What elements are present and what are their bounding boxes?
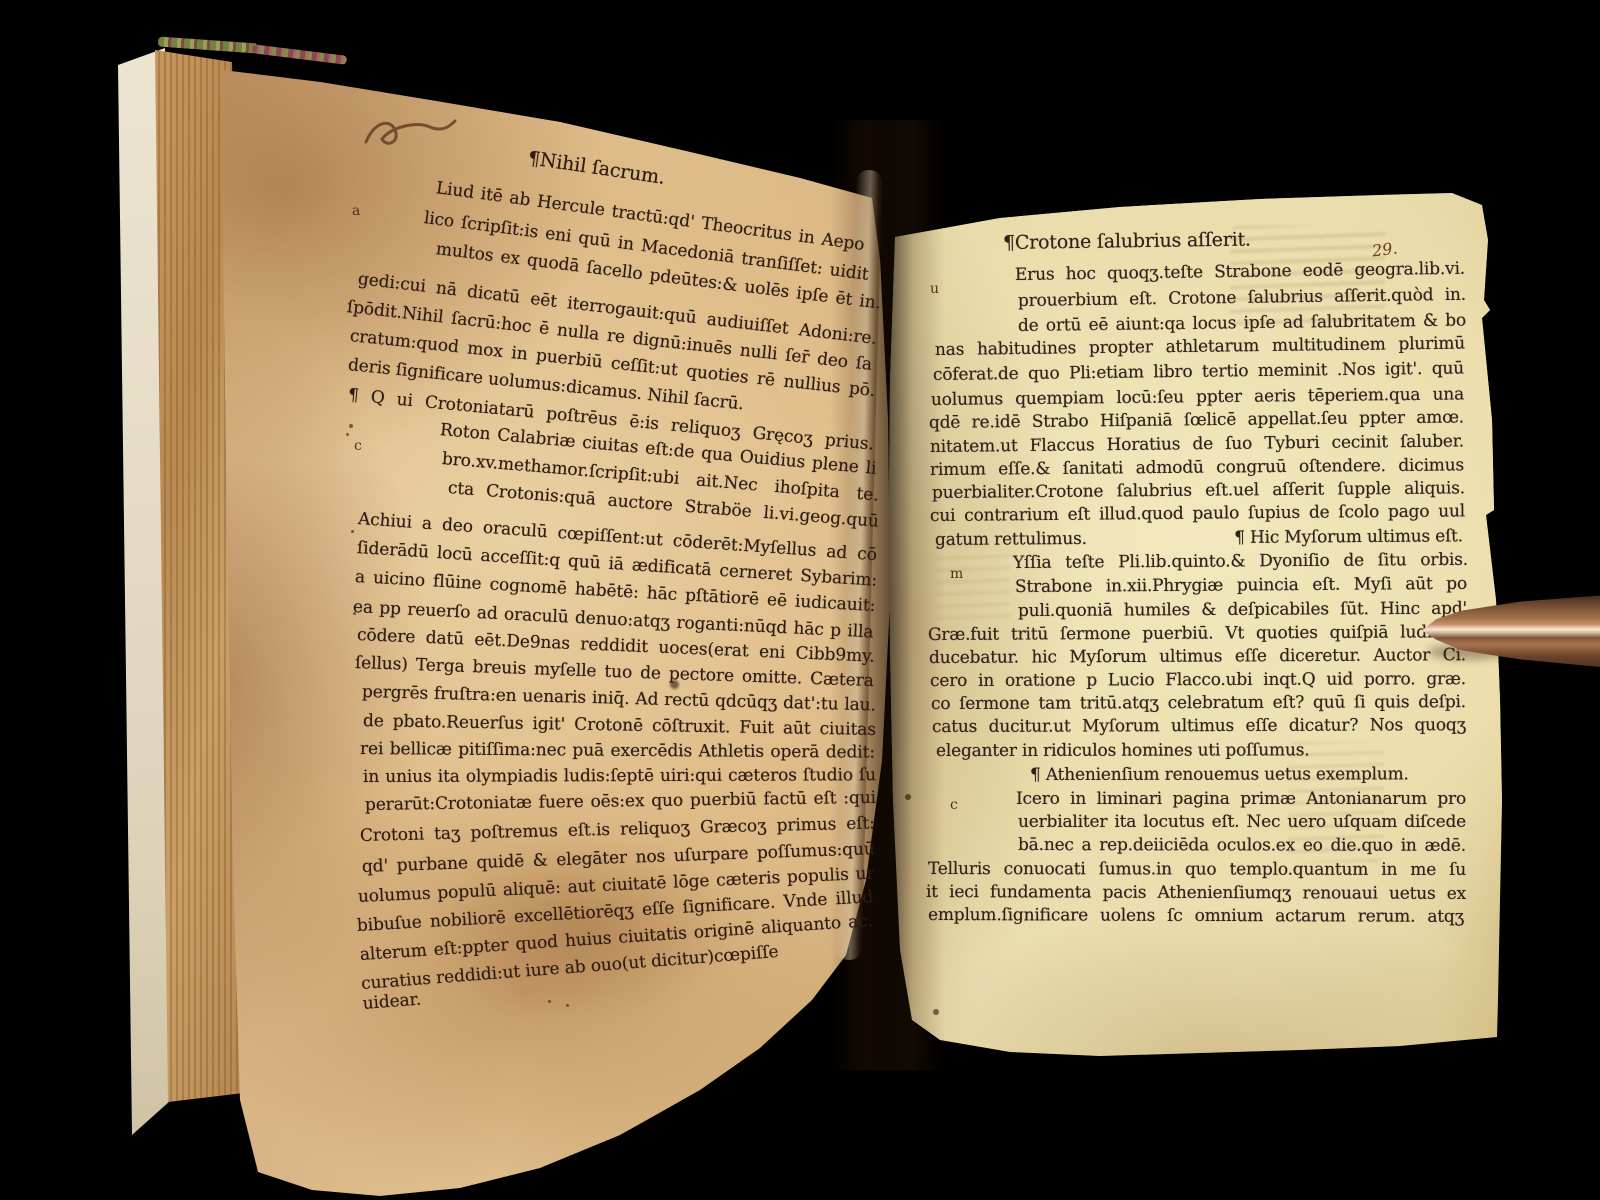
text-line: gatum rettulimus.¶ Hic Myſorum ultimus e… <box>935 527 1463 550</box>
margin-guide-letter: m <box>950 566 963 582</box>
text-line: ducebatur. hic Myſorum ultimus eſſe dice… <box>929 646 1466 668</box>
text-line: puli.quoniā humiles & deſpicabiles ſūt. … <box>1018 600 1467 622</box>
text-line: Strabone in.xii.Phrygiæ puincia eſt. Myſ… <box>1015 575 1467 598</box>
speck <box>548 1000 551 1003</box>
margin-dot <box>905 794 911 800</box>
page-number: 29. <box>1371 239 1399 261</box>
endband <box>158 37 258 54</box>
show-through-text <box>935 545 1010 625</box>
text-line: ¶ Athenienſium renouemus uetus exemplum. <box>1030 765 1475 785</box>
margin-guide-letter: c <box>354 438 362 454</box>
text-line: bā.nec a rep.deiiciēda oculos.ex eo die.… <box>1018 836 1466 856</box>
endband <box>252 44 347 65</box>
margin-guide-letter: c <box>950 797 958 813</box>
ink-blot <box>933 1009 939 1015</box>
text-line: catus ducitur.ut Myſorum ultimus eſſe di… <box>932 716 1466 737</box>
speck <box>349 424 353 428</box>
text-line: uerbialiter ita locutus eſt. Nec uero uſ… <box>1018 813 1466 833</box>
margin-guide-letter: a <box>352 203 360 219</box>
text-line: in unius ita olympiadis ludis:ſeptē uiri… <box>363 766 876 787</box>
ink-squiggle-mark <box>360 110 460 160</box>
text-line: it ieci fundamenta pacis Athenienſiumqʒ … <box>926 883 1466 904</box>
text-line: gatum rettulimus. <box>935 530 1087 551</box>
text-line: Telluris conuocati ſumus.in quo templo.q… <box>928 860 1466 880</box>
photo-black-background: ¶Nihil ſacrum. a c Liud itē ab Hercule t… <box>0 0 1600 1200</box>
text-line: Yſſia teſte Pli.lib.quinto.& Dyoniſio de… <box>1013 551 1468 574</box>
text-line: eleganter in ridiculos homines uti poſſu… <box>936 741 1366 761</box>
text-line: Icero in liminari pagina primæ Antoniana… <box>1016 790 1466 810</box>
speck <box>566 1004 569 1007</box>
speck <box>351 530 354 533</box>
text-line: cero in oratione p Lucio Flacco.ubi inqt… <box>930 670 1466 691</box>
text-line: rei bellicæ pitiſſima:nec puā exercēdis … <box>360 740 875 763</box>
speck <box>346 433 349 436</box>
text-line: Græ.fuit tritū ſermone puerbiū. Vt quoti… <box>928 623 1466 645</box>
inline-heading: ¶ Hic Myſorum ultimus eſt. <box>1234 527 1463 548</box>
right-page-heading: ¶Crotone ſalubrius aſſerit. <box>1003 230 1253 255</box>
text-line: emplum.ſignificare uolens ſc omnium acta… <box>928 906 1464 927</box>
text-line: co ſermone tam tritū.atqʒ celebratum eſt… <box>931 693 1466 714</box>
margin-guide-letter: u <box>930 281 939 297</box>
